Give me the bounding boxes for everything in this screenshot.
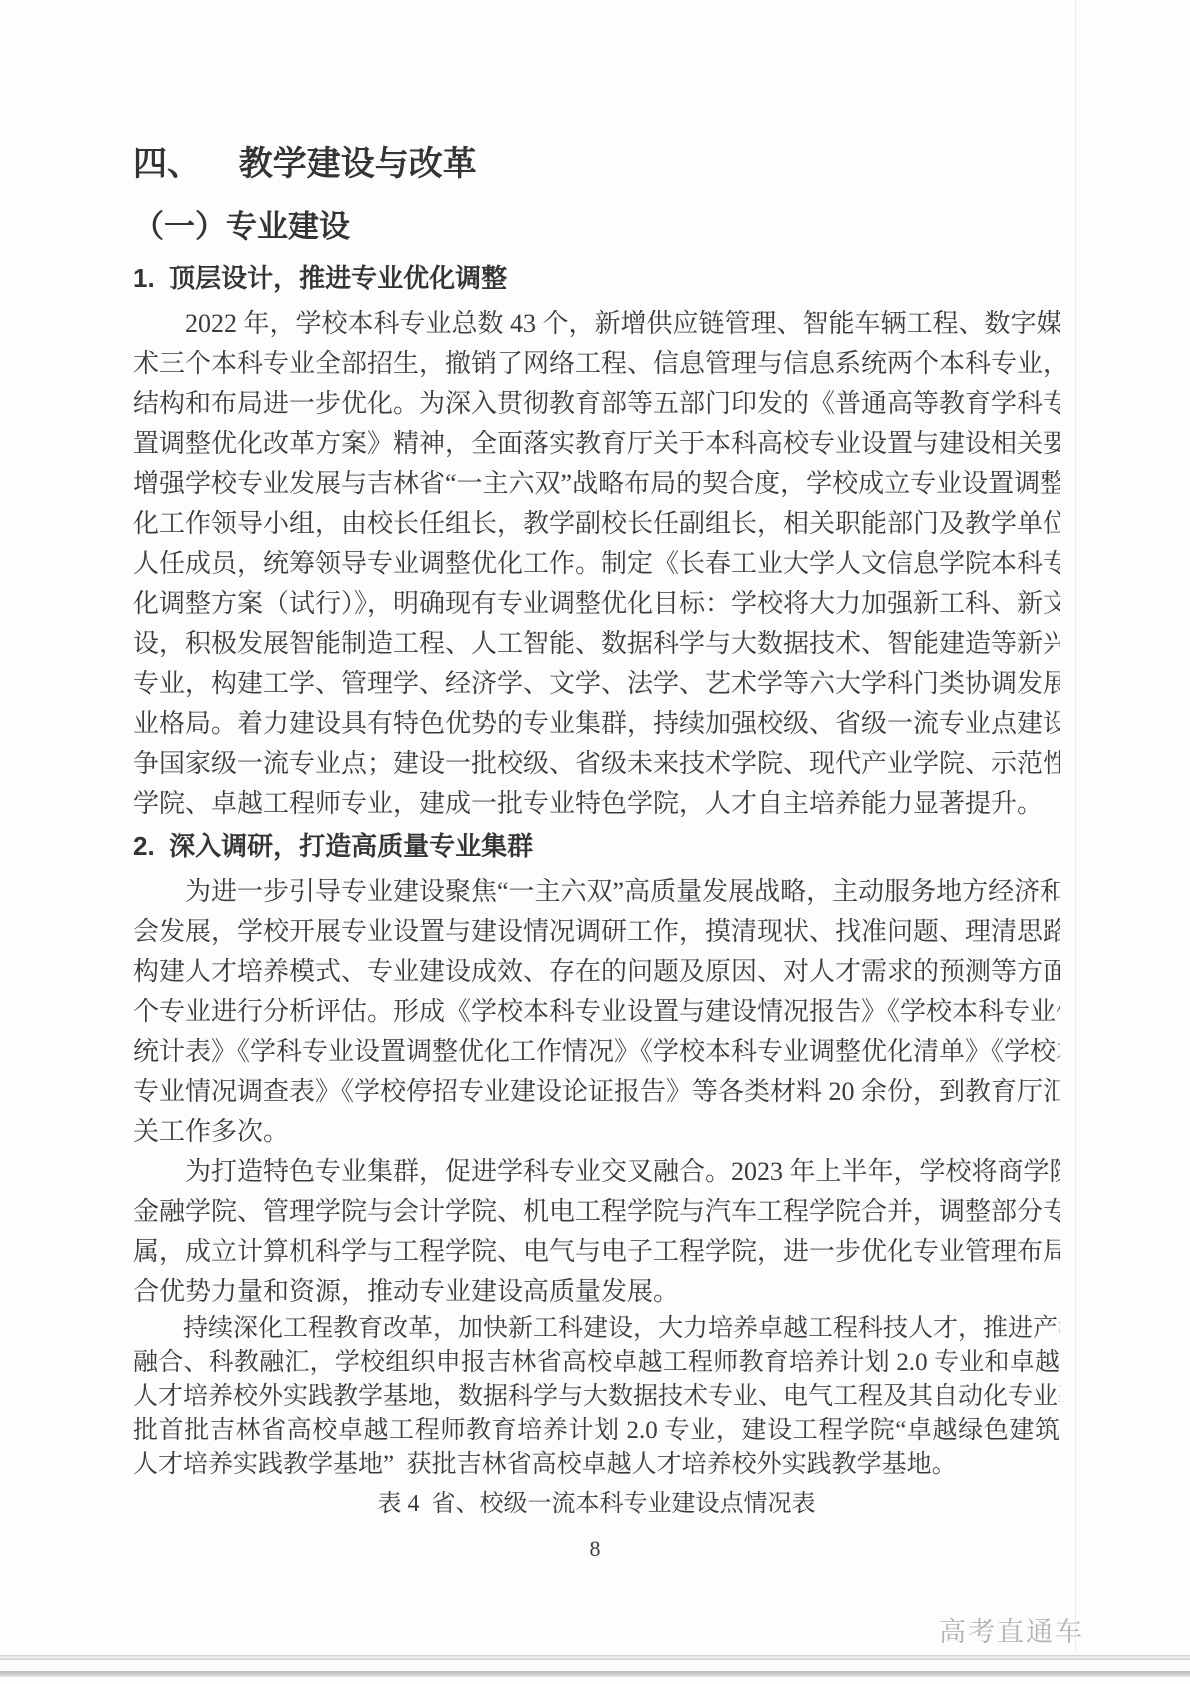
text-line: 学院、卓越工程师专业，建成一批专业特色学院，人才自主培养能力显著提升。 <box>133 784 1060 824</box>
text-line: 专业情况调查表》《学校停招专业建设论证报告》等各类材料 20 余份，到教育厅汇报… <box>133 1072 1060 1112</box>
text-line: 为打造特色专业集群，促进学科专业交叉融合。2023 年上半年，学校将商学院与 <box>133 1152 1060 1192</box>
text-line: 2022 年，学校本科专业总数 43 个，新增供应链管理、智能车辆工程、数字媒体… <box>133 304 1060 344</box>
text-line: 置调整优化改革方案》精神，全面落实教育厅关于本科高校专业设置与建设相关要求， <box>133 424 1060 464</box>
text-line: 人任成员，统筹领导专业调整优化工作。制定《长春工业大学人文信息学院本科专业优 <box>133 544 1060 584</box>
scan-fold-line <box>1075 0 1076 1652</box>
text-line: 批首批吉林省高校卓越工程师教育培养计划 2.0 专业，建设工程学院“卓越绿色建筑 <box>133 1414 1060 1448</box>
text-line: 关工作多次。 <box>133 1112 1060 1152</box>
section-title: （一）专业建设 <box>133 206 1060 248</box>
chapter-title: 四、 教学建设与改革 <box>133 142 1060 186</box>
text-line: 为进一步引导专业建设聚焦“一主六双”高质量发展战略，主动服务地方经济和社 <box>133 872 1060 912</box>
text-line: 属，成立计算机科学与工程学院、电气与电子工程学院，进一步优化专业管理布局，整 <box>133 1232 1060 1272</box>
text-line: 人才培养校外实践教学基地，数据科学与大数据技术专业、电气工程及其自动化专业获 <box>133 1380 1060 1414</box>
text-line: 结构和布局进一步优化。为深入贯彻教育部等五部门印发的《普通高等教育学科专业设 <box>133 384 1060 424</box>
text-line: 统计表》《学科专业设置调整优化工作情况》《学校本科专业调整优化清单》《学校本科 <box>133 1032 1060 1072</box>
text-line: 金融学院、管理学院与会计学院、机电工程学院与汽车工程学院合并，调整部分专业归 <box>133 1192 1060 1232</box>
text-line: 争国家级一流专业点；建设一批校级、省级未来技术学院、现代产业学院、示范性软件 <box>133 744 1060 784</box>
text-line: 个专业进行分析评估。形成《学校本科专业设置与建设情况报告》《学校本科专业信息 <box>133 992 1060 1032</box>
text-line: 术三个本科专业全部招生，撤销了网络工程、信息管理与信息系统两个本科专业，专业 <box>133 344 1060 384</box>
subsection-title: 2. 深入调研，打造高质量专业集群 <box>133 828 1060 864</box>
page-number: 8 <box>0 1536 1190 1562</box>
text-line: 化调整方案（试行）》，明确现有专业调整优化目标：学校将大力加强新工科、新文科建 <box>133 584 1060 624</box>
footer-divider-bottom <box>0 1671 1190 1677</box>
text-line: 人才培养实践教学基地” 获批吉林省高校卓越人才培养校外实践教学基地。 <box>133 1448 1060 1482</box>
text-line: 业格局。着力建设具有特色优势的专业集群，持续加强校级、省级一流专业点建设，力 <box>133 704 1060 744</box>
text-line: 设，积极发展智能制造工程、人工智能、数据科学与大数据技术、智能建造等新兴优势 <box>133 624 1060 664</box>
watermark-text: 高考直通车 <box>939 1610 1084 1649</box>
text-line: 化工作领导小组，由校长任组长，教学副校长任副组长，相关职能部门及教学单位负责 <box>133 504 1060 544</box>
text-line: 持续深化工程教育改革，加快新工科建设，大力培养卓越工程科技人才，推进产教 <box>133 1312 1060 1346</box>
text-line: 融合、科教融汇，学校组织申报吉林省高校卓越工程师教育培养计划 2.0 专业和卓越 <box>133 1346 1060 1380</box>
text-line: 合优势力量和资源，推动专业建设高质量发展。 <box>133 1272 1060 1312</box>
footer-divider-top <box>0 1655 1190 1660</box>
text-line: 专业，构建工学、管理学、经济学、文学、法学、艺术学等六大学科门类协调发展的专 <box>133 664 1060 704</box>
table-caption: 表 4 省、校级一流本科专业建设点情况表 <box>133 1486 1060 1522</box>
text-line: 增强学校专业发展与吉林省“一主六双”战略布局的契合度，学校成立专业设置调整优 <box>133 464 1060 504</box>
document-page: 四、 教学建设与改革（一）专业建设1. 顶层设计，推进专业优化调整2022 年，… <box>0 0 1190 1684</box>
text-line: 会发展，学校开展专业设置与建设情况调研工作，摸清现状、找准问题、理清思路，从 <box>133 912 1060 952</box>
subsection-title: 1. 顶层设计，推进专业优化调整 <box>133 260 1060 296</box>
text-line: 构建人才培养模式、专业建设成效、存在的问题及原因、对人才需求的预测等方面对每 <box>133 952 1060 992</box>
document-content: 四、 教学建设与改革（一）专业建设1. 顶层设计，推进专业优化调整2022 年，… <box>133 142 1060 1522</box>
